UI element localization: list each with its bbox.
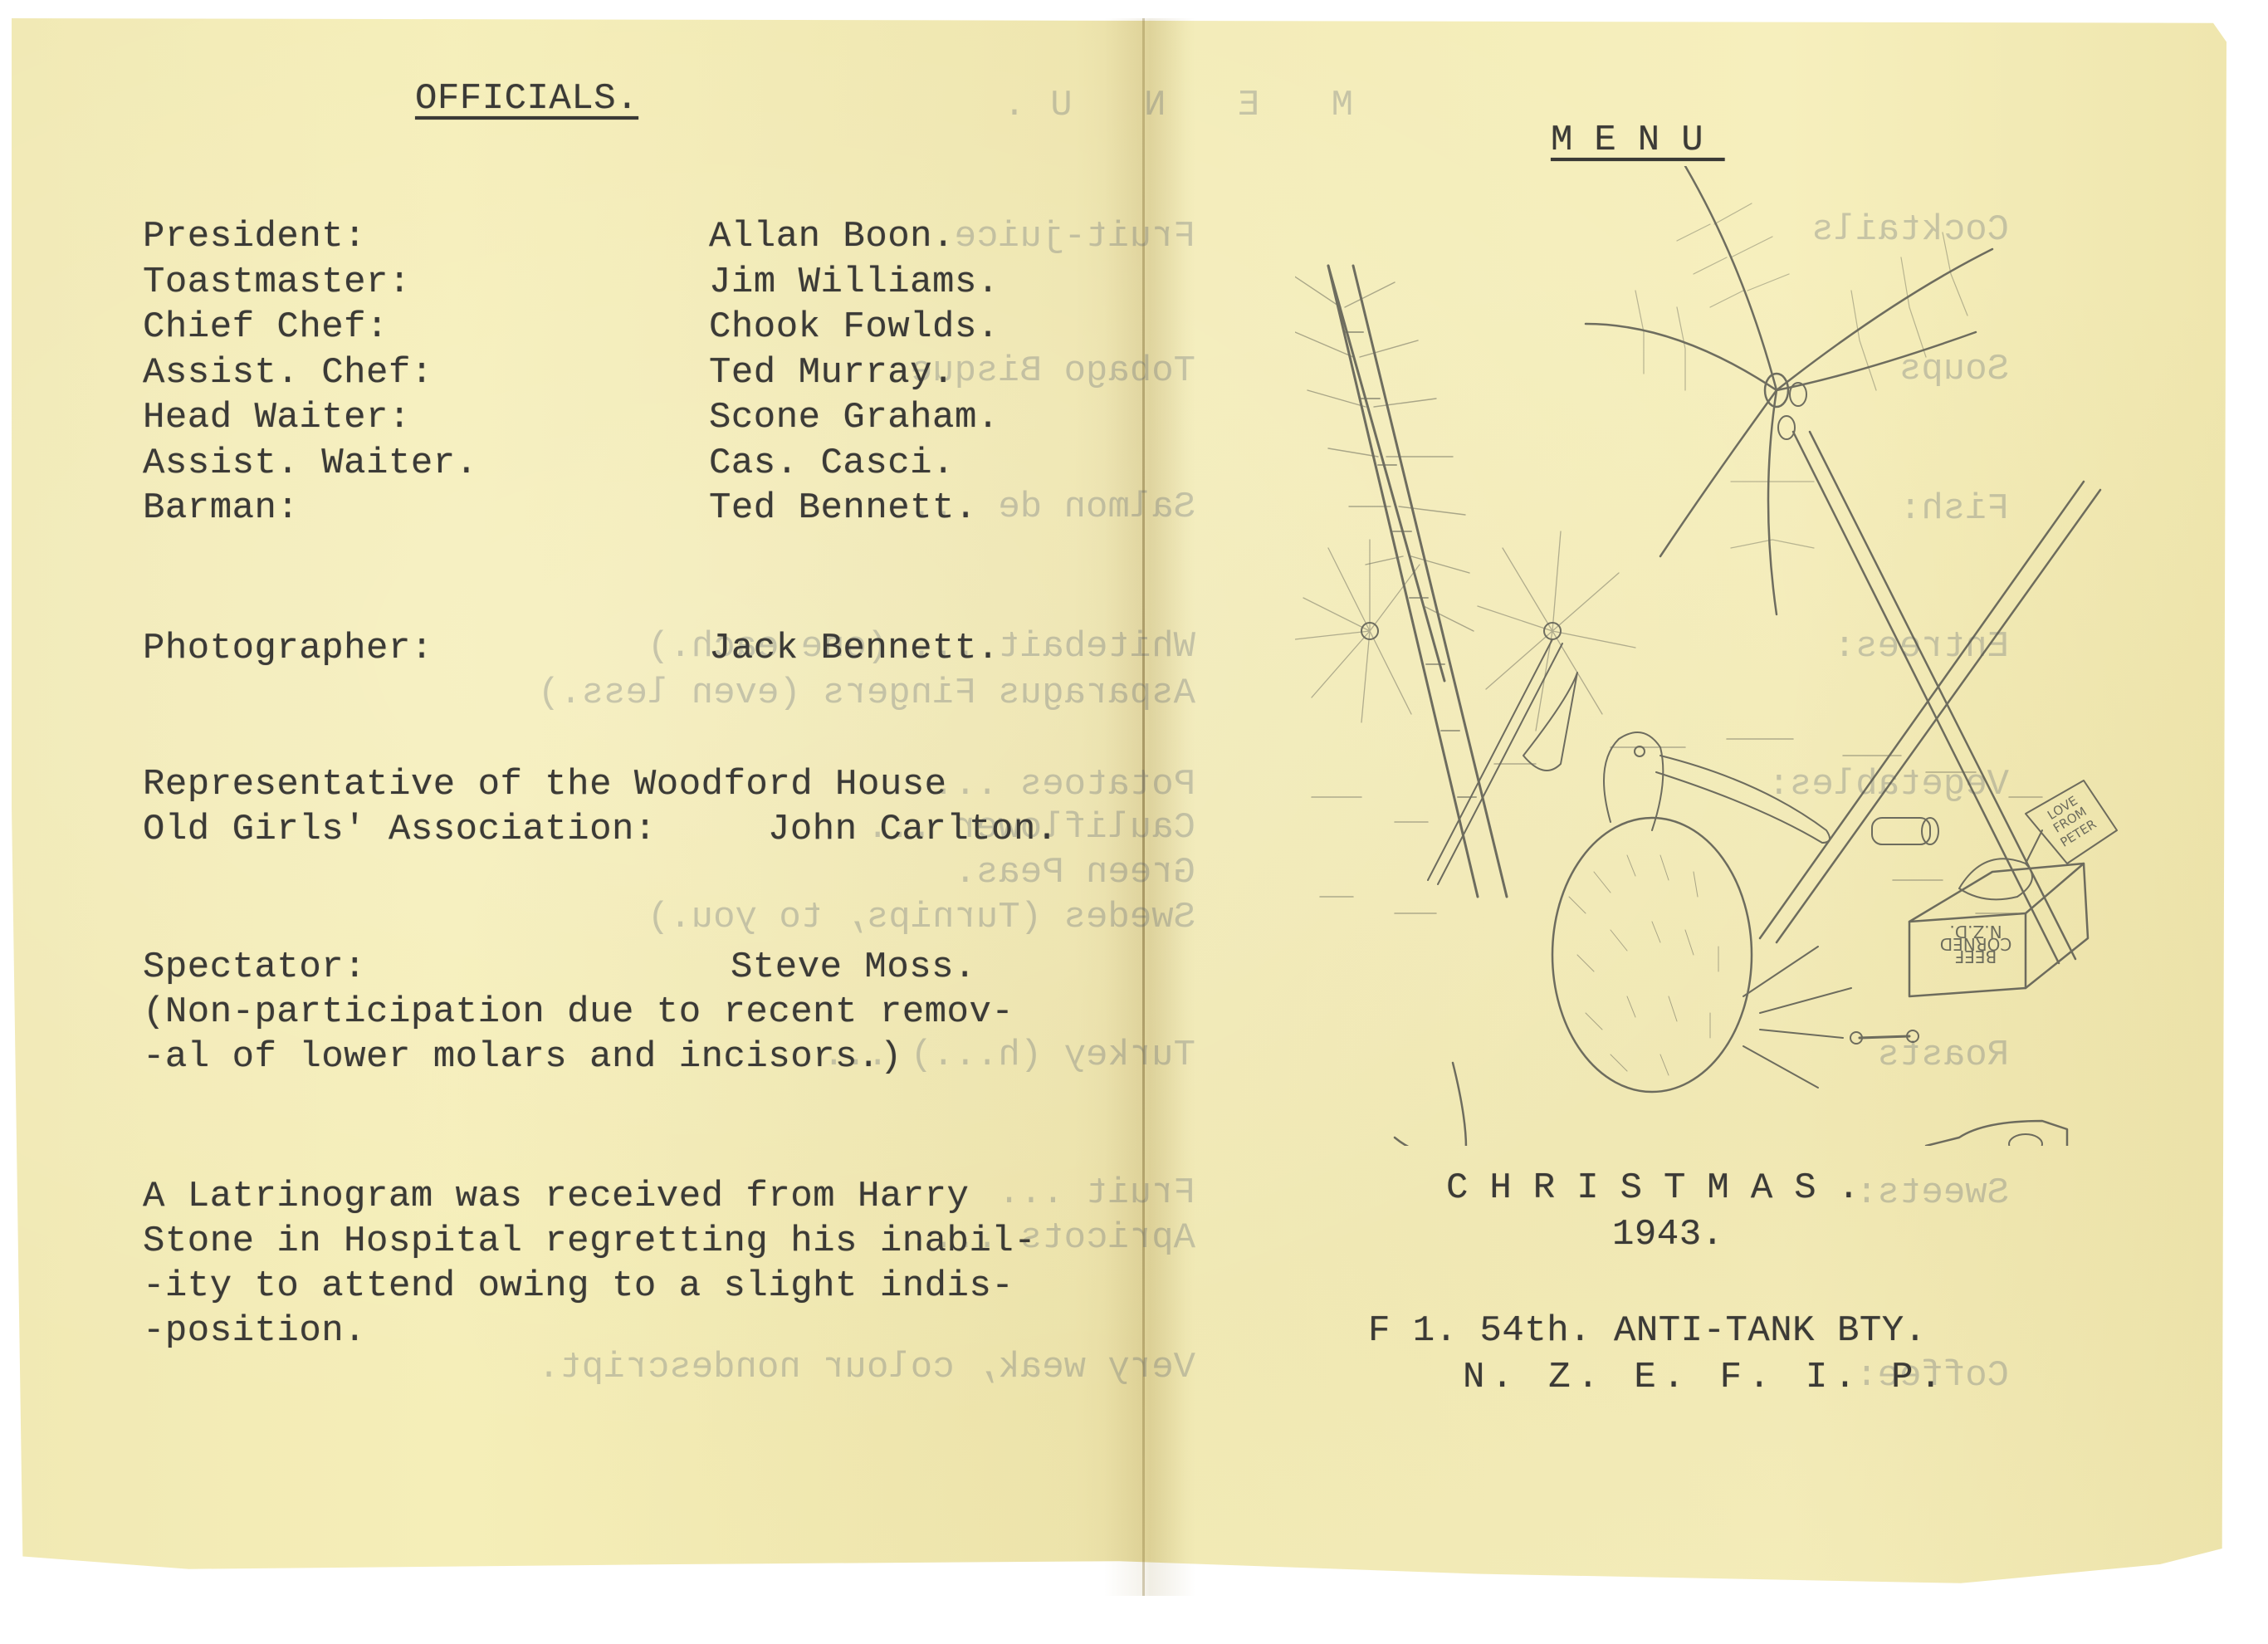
- ghost-line: Asparagus Fingers (even less.): [538, 671, 1195, 716]
- ghost-line: Green Peas.: [955, 850, 1195, 895]
- ghost-line: Very weak, colour nondescript.: [538, 1345, 1195, 1390]
- palm-tree-right: [1586, 166, 2100, 963]
- official-row: Assist. Waiter. Cas. Casci.: [143, 441, 1000, 487]
- ground-lines: [1312, 739, 2042, 913]
- official-row: President: Allan Boon.: [143, 214, 1000, 260]
- menu-heading: MENU: [1551, 118, 1725, 163]
- official-row: Assist. Chef: Ted Murray.: [143, 350, 1000, 396]
- officials-list: President: Allan Boon. Toastmaster: Jim …: [143, 214, 1000, 531]
- official-row: Head Waiter: Scone Graham.: [143, 395, 1000, 441]
- pencil-sketch-illustration: BEEF CORNED N.Z.D. LOVE FROM PETER: [1295, 166, 2125, 1146]
- latrinogram-line: -ity to attend owing to a slight indis-: [143, 1264, 1014, 1309]
- ghost-line: Fruit ...: [998, 1171, 1195, 1216]
- official-role: Toastmaster:: [143, 260, 709, 306]
- helmet-sketch: [1523, 673, 1577, 771]
- tin-can: [1872, 818, 1938, 844]
- spectator-note-line1: (Non-participation due to recent remov-: [143, 990, 1014, 1035]
- spectator-name: Steve Moss.: [731, 945, 976, 990]
- official-role: Barman:: [143, 486, 709, 531]
- bottle: [1926, 1121, 2067, 1146]
- official-role: Assist. Waiter.: [143, 441, 709, 487]
- official-name: Ted Murray.: [709, 350, 955, 396]
- kiwi-bird: [1552, 732, 1851, 1092]
- officials-heading: OFFICIALS.: [415, 76, 638, 121]
- official-role: Head Waiter:: [143, 395, 709, 441]
- latrinogram-line: -position.: [143, 1309, 366, 1353]
- official-name: Cas. Casci.: [709, 441, 955, 487]
- occasion-title: CHRISTMAS.: [1446, 1166, 1881, 1211]
- palm-tree-small-center: [1428, 531, 1635, 884]
- representative-line1: Representative of the Woodford House: [143, 762, 947, 807]
- wishbone: [1395, 1063, 1466, 1146]
- official-role: Assist. Chef:: [143, 350, 709, 396]
- official-name: Allan Boon.: [709, 214, 955, 260]
- palm-tree-left: [1295, 266, 1507, 897]
- ghost-line: Swedes (Turnips, to you.): [648, 895, 1195, 940]
- unit-line1: F 1. 54th. ANTI-TANK BTY.: [1368, 1309, 1927, 1353]
- representative-label: Old Girls' Association:: [143, 807, 657, 852]
- official-role: Chief Chef:: [143, 305, 709, 350]
- latrinogram-line: A Latrinogram was received from Harry: [143, 1174, 969, 1219]
- official-role: President:: [143, 214, 709, 260]
- unit-line2: N. Z. E. F. I. P.: [1463, 1355, 1948, 1400]
- official-row: Toastmaster: Jim Williams.: [143, 260, 1000, 306]
- ghost-line: Potatoes ...: [932, 762, 1195, 807]
- ghost-menu-header: M E N U.: [979, 83, 1353, 128]
- official-name: Ted Bennett.: [709, 486, 977, 531]
- bone-right: [1850, 1030, 1919, 1044]
- official-row: Chief Chef: Chook Fowlds.: [143, 305, 1000, 350]
- occasion-year: 1943.: [1612, 1212, 1724, 1257]
- official-name: Scone Graham.: [709, 395, 1000, 441]
- latrinogram-line: Stone in Hospital regretting his inabil-: [143, 1219, 1036, 1264]
- crate-label-nzd: N.Z.D.: [1949, 922, 2002, 942]
- official-row: Barman: Ted Bennett.: [143, 486, 1000, 531]
- photographer-name: Jack Bennett.: [709, 626, 1000, 671]
- spectator-role: Spectator:: [143, 945, 366, 990]
- official-name: Chook Fowlds.: [709, 305, 1000, 350]
- official-name: Jim Williams.: [709, 260, 1000, 306]
- photographer-role: Photographer:: [143, 626, 433, 671]
- spectator-note-line2: -al of lower molars and incisors.): [143, 1035, 902, 1079]
- representative-name: John Carlton.: [768, 807, 1058, 852]
